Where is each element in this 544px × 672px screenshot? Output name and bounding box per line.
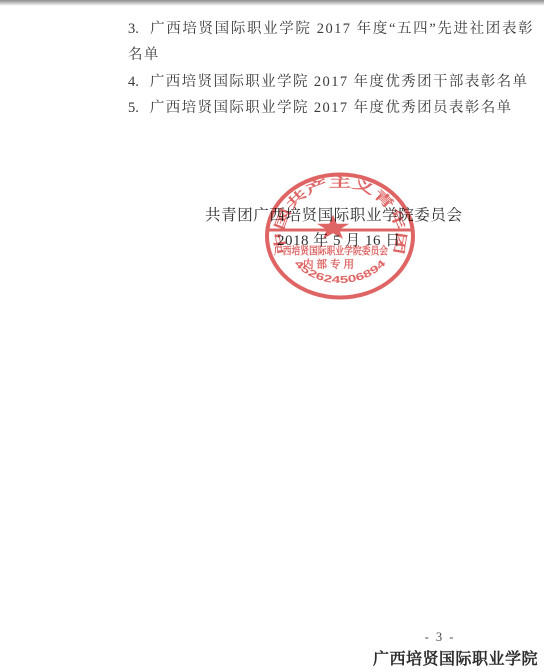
seal-inner-line1: 广西培贤国际职业学院委员会 xyxy=(274,244,388,257)
list-item: 5.广西培贤国际职业学院 2017 年度优秀团员表彰名单 xyxy=(128,95,534,121)
scan-top-edge xyxy=(0,0,544,6)
seal-arc-text: 中国共产主义青年团 xyxy=(271,175,409,255)
list-item: 4.广西培贤国际职业学院 2017 年度优秀团干部表彰名单 xyxy=(128,69,534,95)
list-item-text: 广西培贤国际职业学院 2017 年度优秀团员表彰名单 xyxy=(150,100,513,116)
list-item-number: 5. xyxy=(128,100,139,116)
page-number: - 3 - xyxy=(400,630,480,645)
list-item: 3.广西培贤国际职业学院 2017 年度“五四”先进社团表彰名单 xyxy=(128,16,534,69)
seal-star-icon xyxy=(317,215,349,239)
list-item-number: 4. xyxy=(128,74,139,90)
footer-watermark: 广西培贤国际职业学院 xyxy=(373,646,538,669)
official-seal: 中国共产主义青年团 广西培贤国际职业学院委员会 内部专用 45262450689… xyxy=(263,171,417,303)
award-list: 3.广西培贤国际职业学院 2017 年度“五四”先进社团表彰名单 4.广西培贤国… xyxy=(128,16,534,121)
list-item-number: 3. xyxy=(128,21,139,37)
list-item-text: 广西培贤国际职业学院 2017 年度“五四”先进社团表彰名单 xyxy=(128,21,534,63)
list-item-text: 广西培贤国际职业学院 2017 年度优秀团干部表彰名单 xyxy=(150,74,529,90)
